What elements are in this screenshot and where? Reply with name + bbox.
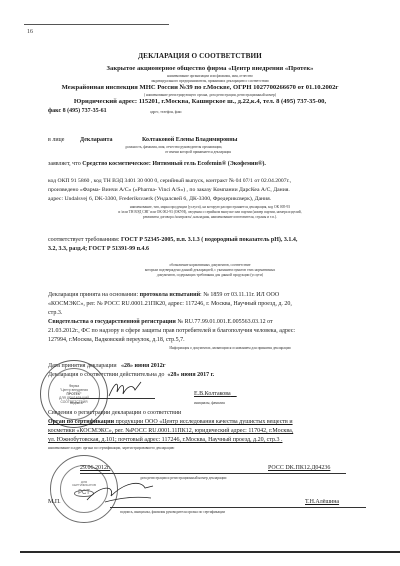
registration-caption: ( наименование регистрирующего органа, д… xyxy=(40,93,380,97)
address-line-2: факс 8 (495) 737-35-61 xyxy=(48,108,107,114)
represented-label: в лице xyxy=(48,137,64,143)
complies-caption-3: документов, содержащих требования для да… xyxy=(40,273,380,277)
declares-prefix: заявляет, что xyxy=(48,161,81,167)
head-name: Т.Н.Алёшина xyxy=(305,499,339,505)
company-stamp: Фирма "Центр внедрения ПРОТЕК" ДЛЯ ДЕКЛА… xyxy=(40,360,108,428)
signature-declarant xyxy=(105,378,145,400)
cert-body-label: Орган по сертификации xyxy=(48,419,114,425)
head-signature-line xyxy=(110,507,366,508)
complies-standards-2: 3.2, 3.3, разд.4; ГОСТ Р 51391-99 п.4.6 xyxy=(48,246,149,252)
cert-body-line-1: Орган по сертификации продукции ООО «Цен… xyxy=(48,419,293,425)
bottom-rule xyxy=(20,551,400,553)
organization-caption-2: индивидуального предпринимателя, принявш… xyxy=(40,79,380,83)
product-name: Средство косметическое: Интимный гель Ec… xyxy=(82,161,266,167)
basis-protocol-number: : № 1859 от 03.11.11г. ИЛ ООО xyxy=(200,292,279,298)
basis-line-1: Декларация принята на основании: протоко… xyxy=(48,292,279,298)
organization-caption-1: наименование организации или фамилия, им… xyxy=(40,74,380,78)
declares-line: заявляет, что Средство косметическое: Ин… xyxy=(48,161,266,167)
complies-prefix: соответствует требованиям: xyxy=(48,237,119,243)
represented-name: Колтаковой Елены Владимировны xyxy=(142,137,237,143)
signer-name: Е.В.Колтакова xyxy=(194,391,237,397)
head-caption: подпись, инициалы, фамилия руководителя … xyxy=(120,510,225,514)
registration-line: Межрайонная инспекция МНС России №39 по … xyxy=(0,84,400,91)
top-rule xyxy=(24,24,169,25)
registration-date: 29.06.2012г. xyxy=(80,465,110,471)
cert-body-text: продукции ООО «Центр исследования качест… xyxy=(114,419,293,425)
basis-caption: Информация о документах, являющихся осно… xyxy=(60,346,400,350)
address-line-1: Юридический адрес: 115201, г.Москва, Каш… xyxy=(0,98,400,105)
cert-number: № RU.77.99.01.001.Е.005563.03.12 от xyxy=(176,319,273,325)
organization-name: Закрытое акционерное общество фирма «Цен… xyxy=(40,65,380,72)
complies-line-1: соответствует требованиям: ГОСТ Р 52345-… xyxy=(48,237,297,243)
cert-line-2: 21.03.2012г., ФС по надзору в сфере защи… xyxy=(48,328,295,334)
product-caption-1: наименование, тип, марка продукции (услу… xyxy=(40,205,380,209)
product-details-1: код ОКП 91 5860 , код ТН ВЭД 3401 30 000… xyxy=(48,178,291,184)
represented-caption-2: от имени которой принимается декларация xyxy=(165,150,231,154)
product-details-3: адрес: Undalsvej 6, DK-3300, Frederiksva… xyxy=(48,196,271,202)
basis-prefix: Декларация принята на основании: xyxy=(48,292,138,298)
registration-info-title: Сведения о регистрации декларации о соот… xyxy=(48,410,181,416)
cert-body-line-3: ул. Южнобутовская, д.101; почтовый адрес… xyxy=(48,437,282,443)
signer-caption-left: подпись xyxy=(70,401,83,405)
valid-date: «28» июня 2017 г. xyxy=(167,372,214,378)
mp-label: М.П. xyxy=(48,499,61,505)
address-caption: адрес, телефон, факс xyxy=(150,110,182,114)
complies-standards-1: ГОСТ Р 52345-2005, п.п. 3.1.3 ( водородн… xyxy=(121,237,297,243)
signer-caption-right: инициалы, фамилия xyxy=(194,401,225,405)
cert-body-caption: наименование и адрес органа по сертифика… xyxy=(48,446,174,450)
cert-label: Свидетельства о государственной регистра… xyxy=(48,319,176,325)
represented-caption-1: должность, фамилия, имя, отчество руково… xyxy=(125,145,222,149)
basis-line-3: стр.3. xyxy=(48,310,62,316)
cert-line-1: Свидетельства о государственной регистра… xyxy=(48,319,273,325)
complies-caption-2: которым подтверждено данной декларацией,… xyxy=(40,268,380,272)
product-caption-2: и /или ТН ВЭД СНГ или ОК 002-93 (ОКУН), … xyxy=(40,210,380,214)
product-details-2: произведено «Фарма- Винчи А/С» («Pharma-… xyxy=(48,187,290,193)
represented-role: Декларанта xyxy=(80,137,113,143)
registration-line xyxy=(80,473,346,474)
signature-line xyxy=(70,398,155,399)
acceptance-date: «28» июня 2012г xyxy=(121,363,165,369)
product-caption-3: реквизиты договора /контракта/, накладна… xyxy=(40,215,380,219)
complies-caption-1: обозначение нормативных документов, соот… xyxy=(40,263,380,267)
document-title: ДЕКЛАРАЦИЯ О СООТВЕТСТВИИ xyxy=(0,52,400,60)
basis-line-2: «КОСМЭКС», рег. № РОСС RU.0001.21ПК20, а… xyxy=(48,301,292,307)
page-number: 16 xyxy=(27,29,33,35)
registration-number: РОСС DK.ПК12.Д04236 xyxy=(268,465,330,471)
signature-head xyxy=(85,478,155,508)
cert-body-line-2: косметики «КОСМЭКС», рег. №РОСС RU.0001.… xyxy=(48,428,293,434)
basis-protocol-label: протокола испытаний xyxy=(140,292,200,298)
cert-line-3: 127994, г.Москва, Вадковский переулок, д… xyxy=(48,337,185,343)
